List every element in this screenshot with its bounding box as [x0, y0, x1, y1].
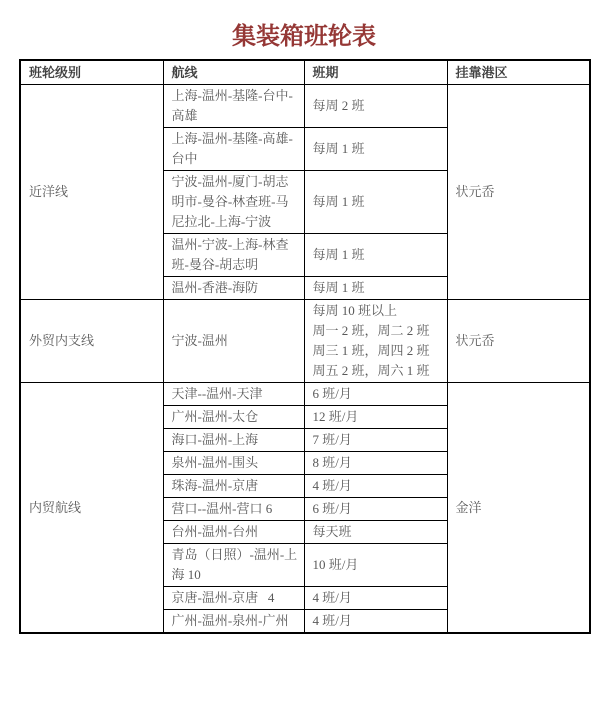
route-cell: 海口-温州-上海: [163, 429, 304, 452]
route-cell: 天津--温州-天津: [163, 383, 304, 406]
route-cell: 台州-温州-台州: [163, 521, 304, 544]
table-row: 内贸航线 天津--温州-天津 6 班/月 金洋: [20, 383, 590, 406]
page-title: 集装箱班轮表: [19, 24, 589, 50]
route-cell: 京唐-温州-京唐 4: [163, 587, 304, 610]
header-route: 航线: [163, 60, 304, 85]
document-page: 集装箱班轮表 班轮级别 航线 班期 挂靠港区 近洋线 上海-温州-基隆-台中-高…: [0, 24, 609, 634]
header-liner-class: 班轮级别: [20, 60, 163, 85]
schedule-cell: 8 班/月: [304, 452, 447, 475]
schedule-cell: 每周 1 班: [304, 234, 447, 277]
route-cell: 温州-宁波-上海-林查班-曼谷-胡志明: [163, 234, 304, 277]
schedule-cell: 每周 1 班: [304, 171, 447, 234]
schedule-cell: 4 班/月: [304, 610, 447, 634]
port-cell: 状元岙: [447, 300, 590, 383]
schedule-cell: 每周 10 班以上 周一 2 班，周二 2 班 周三 1 班，周四 2 班 周五…: [304, 300, 447, 383]
route-cell: 营口--温州-营口 6: [163, 498, 304, 521]
route-cell: 广州-温州-泉州-广州: [163, 610, 304, 634]
route-cell: 青岛（日照）-温州-上海 10: [163, 544, 304, 587]
route-cell: 宁波-温州-厦门-胡志明市-曼谷-林查班-马尼拉北-上海-宁波: [163, 171, 304, 234]
route-cell: 上海-温州-基隆-台中-高雄: [163, 85, 304, 128]
schedule-cell: 每周 2 班: [304, 85, 447, 128]
liner-schedule-table: 班轮级别 航线 班期 挂靠港区 近洋线 上海-温州-基隆-台中-高雄 每周 2 …: [19, 59, 591, 634]
port-cell: 状元岙: [447, 85, 590, 300]
schedule-cell: 4 班/月: [304, 475, 447, 498]
schedule-cell: 6 班/月: [304, 498, 447, 521]
schedule-cell: 12 班/月: [304, 406, 447, 429]
header-row: 班轮级别 航线 班期 挂靠港区: [20, 60, 590, 85]
route-cell: 泉州-温州-围头: [163, 452, 304, 475]
route-cell: 上海-温州-基隆-高雄-台中: [163, 128, 304, 171]
schedule-cell: 6 班/月: [304, 383, 447, 406]
route-cell: 珠海-温州-京唐: [163, 475, 304, 498]
header-port: 挂靠港区: [447, 60, 590, 85]
table-row: 近洋线 上海-温州-基隆-台中-高雄 每周 2 班 状元岙: [20, 85, 590, 128]
table-row: 外贸内支线 宁波-温州 每周 10 班以上 周一 2 班，周二 2 班 周三 1…: [20, 300, 590, 383]
route-cell: 宁波-温州: [163, 300, 304, 383]
schedule-cell: 每周 1 班: [304, 277, 447, 300]
port-cell: 金洋: [447, 383, 590, 634]
route-cell: 广州-温州-太仓: [163, 406, 304, 429]
schedule-cell: 每天班: [304, 521, 447, 544]
liner-class-cell: 内贸航线: [20, 383, 163, 634]
route-cell: 温州-香港-海防: [163, 277, 304, 300]
liner-class-cell: 近洋线: [20, 85, 163, 300]
schedule-cell: 每周 1 班: [304, 128, 447, 171]
liner-class-cell: 外贸内支线: [20, 300, 163, 383]
schedule-cell: 10 班/月: [304, 544, 447, 587]
schedule-cell: 7 班/月: [304, 429, 447, 452]
schedule-cell: 4 班/月: [304, 587, 447, 610]
header-schedule: 班期: [304, 60, 447, 85]
